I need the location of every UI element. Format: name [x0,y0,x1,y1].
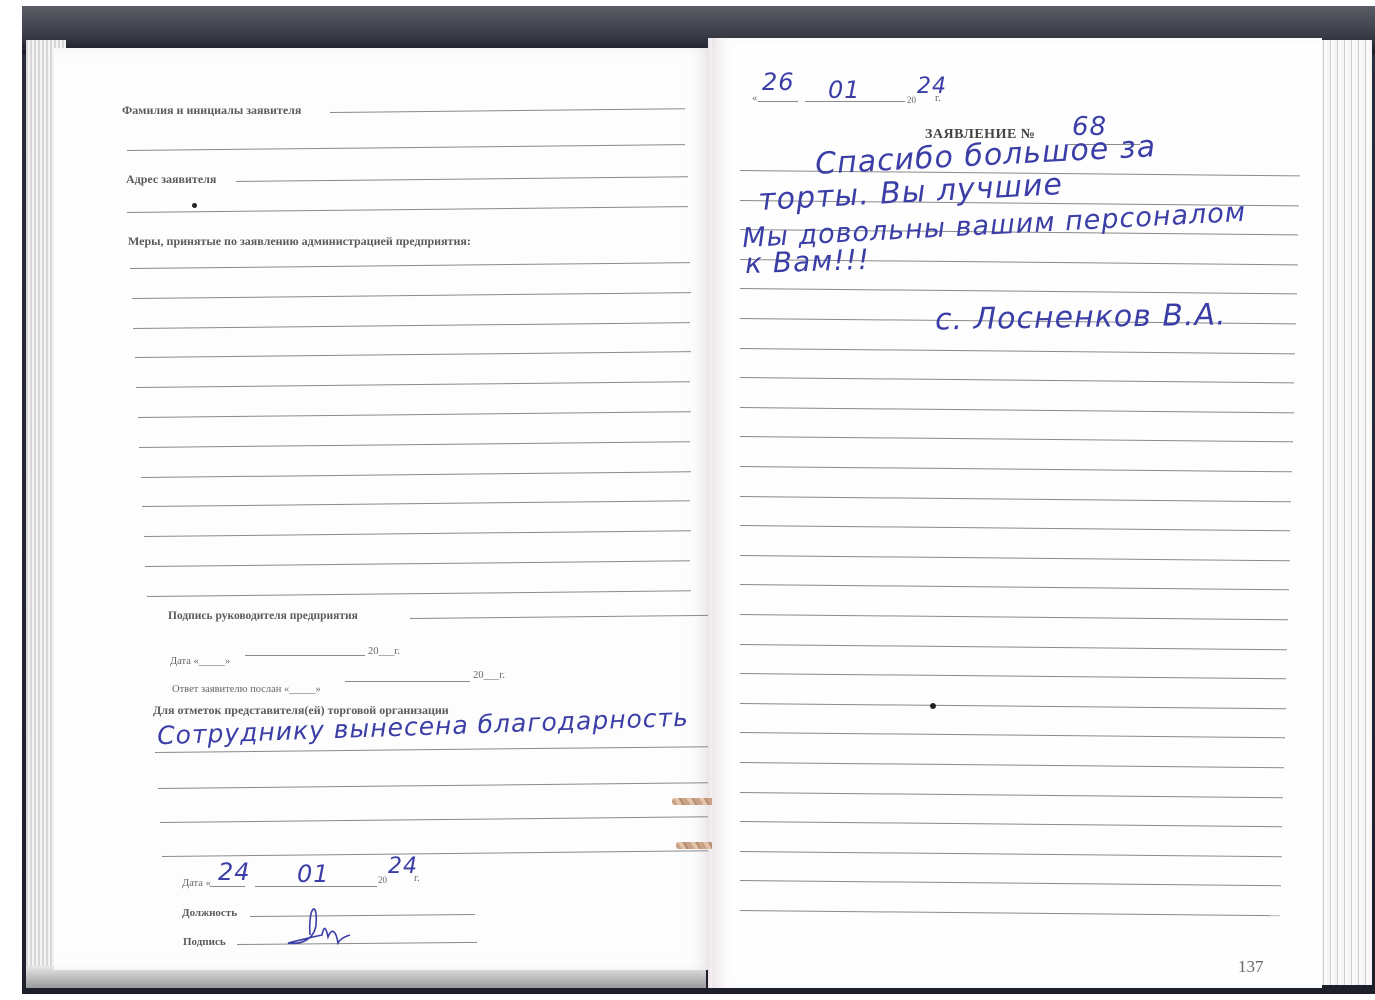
handwritten-signature: с. Лосненков В.А. [935,297,1227,337]
page-number: 137 [1238,957,1264,977]
right-date-month-line [805,101,905,102]
final-date-label: Дата « [182,878,211,889]
ink-dot [192,203,197,208]
manager-signature-label: Подпись руководителя предприятия [168,610,358,622]
date-month-line [245,655,365,656]
signature-label: Подпись [183,936,226,948]
right-date-year: 24 [917,74,947,99]
date-year: 20___г. [368,646,400,657]
measures-label: Меры, принятые по заявлению администраци… [128,234,471,249]
final-date-year-prefix: 20 [378,875,387,885]
right-date-day: 26 [762,68,795,96]
reply-month-line [345,681,470,682]
applicant-name-label: Фамилия и инициалы заявителя [122,103,301,118]
position-label: Должность [182,907,237,919]
right-date-open-quote: « [752,93,757,104]
final-date-month: 01 [297,860,330,888]
right-date-day-line [758,101,798,102]
applicant-address-label: Адрес заявителя [126,172,216,187]
right-date-year-prefix: 20 [907,95,916,105]
signature-scribble [280,895,355,955]
reply-sent-label: Ответ заявителю послан «_____» [172,684,321,695]
right-page-stack [1320,40,1372,985]
final-date-month-line [255,886,377,887]
right-date-year-suffix: г. [935,93,941,104]
final-date-year-suffix: г. [414,873,420,884]
final-date-day: 24 [218,858,251,886]
ink-dot-right [930,703,936,709]
right-date-month: 01 [828,76,861,104]
final-date-day-line [210,886,245,887]
reply-year: 20___г. [473,670,505,681]
handwritten-line-4: к Вам!!! [744,243,870,280]
date-label: Дата «_____» [170,656,230,667]
